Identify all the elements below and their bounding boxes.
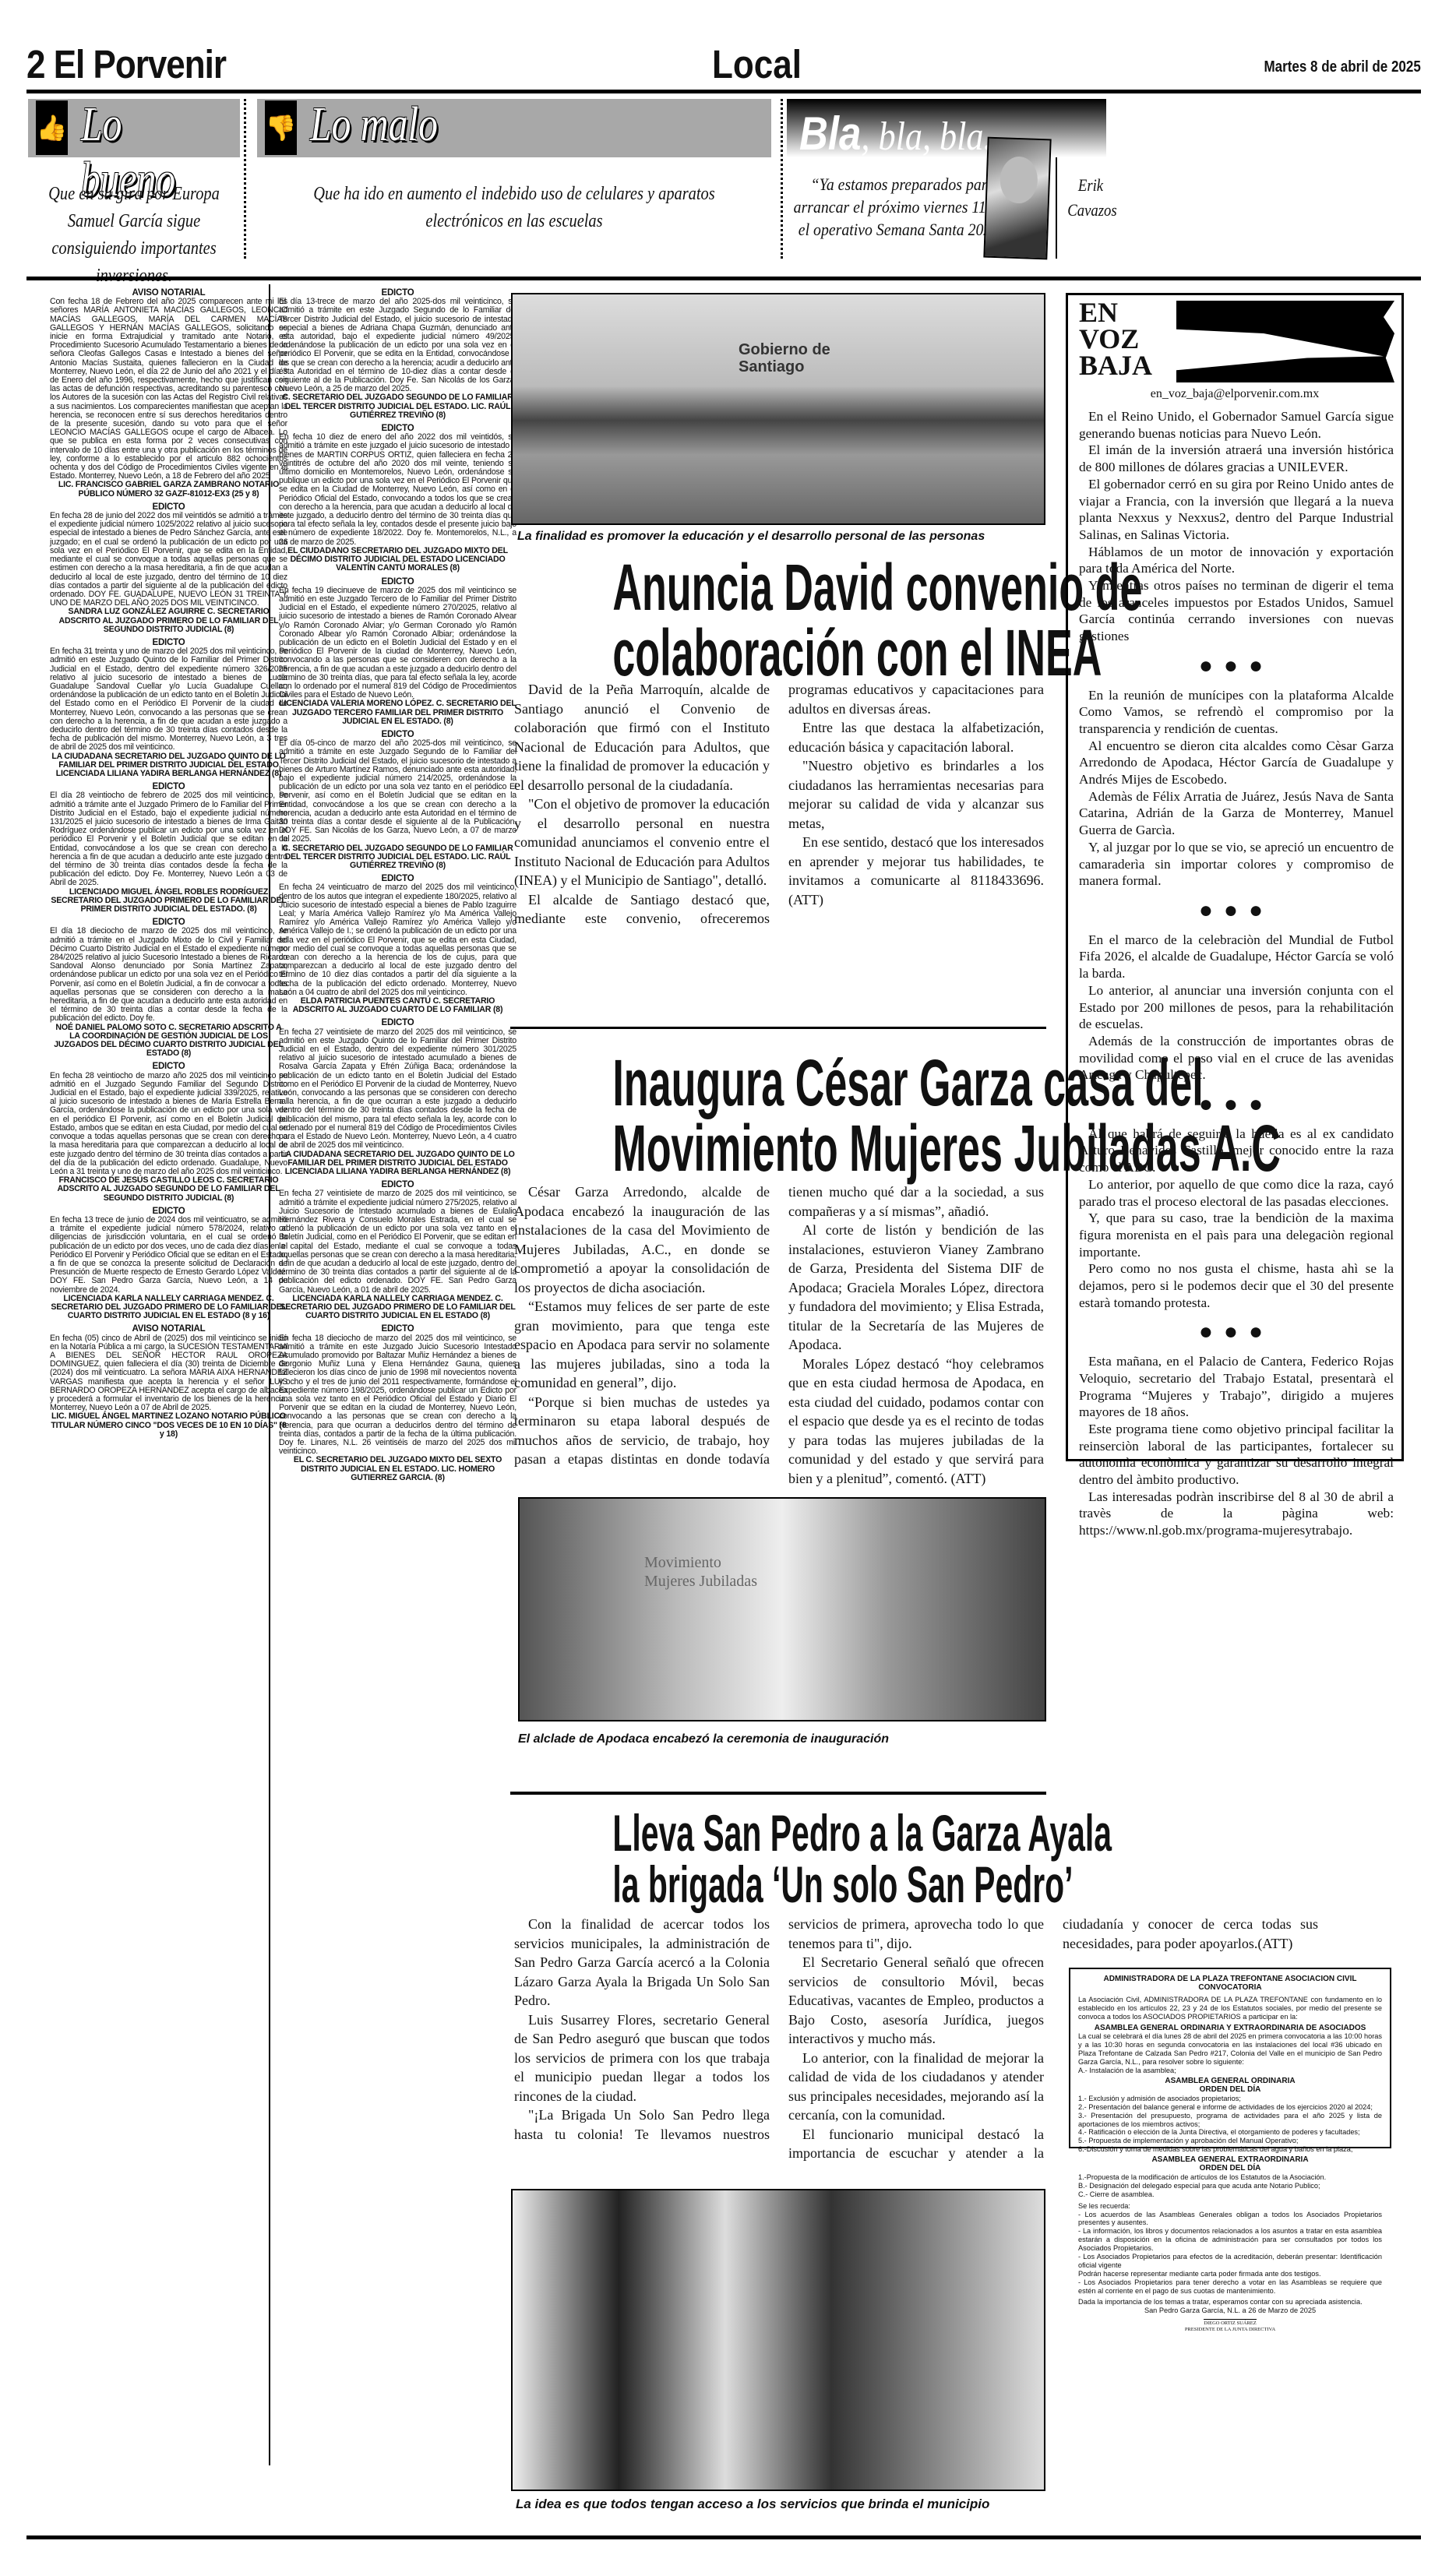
- story-paragraph: César Garza Arredondo, alcalde de Apodac…: [514, 1182, 770, 1297]
- apodaca-photo: Movimiento Mujeres Jubiladas: [518, 1497, 1046, 1721]
- en-voz-baja-logo: EN VOZ BAJA: [1079, 299, 1152, 379]
- headline-line-2: Movimiento Mujeres Jubiladas A.C: [612, 1115, 943, 1181]
- column-paragraph: Al que habrá de seguirle la huella es al…: [1079, 1126, 1394, 1176]
- legal-notice-body: En fecha 27 veintisiete de marzo de 2025…: [279, 1189, 516, 1294]
- lo-bueno-section: 👍 Lo bueno Que en su gira por Europa Sam…: [28, 99, 240, 259]
- column-paragraph: En el Reino Unido, el Gobernador Samuel …: [1079, 408, 1394, 442]
- headline-line-1: Lleva San Pedro a la Garza Ayala: [612, 1807, 943, 1859]
- closing: Dada la importancia de los temas a trata…: [1078, 2298, 1382, 2306]
- apodaca-headline: Inaugura César Garza casa del Movimiento…: [612, 1050, 943, 1181]
- headline-line-2: la brigada ‘Un solo San Pedro’: [612, 1859, 943, 1910]
- apodaca-body: César Garza Arredondo, alcalde de Apodac…: [514, 1182, 1044, 1494]
- reminder-item: - La información, los libros y documento…: [1078, 2227, 1382, 2253]
- headline-line-1: Anuncia David convenio de: [612, 555, 943, 620]
- trefontane-convocatoria-ad: ADMINISTRADORA DE LA PLAZA TREFONTANE AS…: [1069, 1968, 1391, 2148]
- story-paragraph: En ese sentido, destacó que los interesa…: [788, 833, 1044, 909]
- signer-role: PRESIDENTE DE LA JUNTA DIRECTIVA: [1078, 2327, 1382, 2333]
- bla-title-big: Bla: [799, 107, 861, 160]
- page-label: 2 El Porvenir: [26, 43, 226, 88]
- column-paragraph: Este programa tiene como objetivo princi…: [1079, 1421, 1394, 1489]
- bla-bla-section: Bla, bla, bla... “Ya estamos preparados …: [787, 99, 1106, 259]
- column-paragraph: Al encuentro se dieron cita alcaldes com…: [1079, 738, 1394, 788]
- thumbs-up-icon: 👍: [36, 100, 68, 155]
- inea-body: David de la Peña Marroquín, alcalde de S…: [514, 680, 1044, 937]
- legal-notice-signature: LA CIUDADANA SECRETARIO DEL JUZGADO QUIN…: [279, 1151, 516, 1177]
- column-divider: [269, 284, 270, 2465]
- reminder-item: - Los Asociados Propietarios para efecto…: [1078, 2253, 1382, 2270]
- lo-bueno-text: Que en su gira por Europa Samuel García …: [44, 181, 224, 290]
- inea-caption: La finalidad es promover la educación y …: [517, 530, 985, 544]
- ordinary-item: 6.-Discusión y toma de medidas sobre las…: [1078, 2145, 1382, 2154]
- lo-malo-banner: 👎 Lo malo: [257, 99, 771, 157]
- legal-notice-body: Con fecha 18 de Febrero del año 2025 com…: [50, 298, 287, 481]
- story-paragraph: El Secretario General señaló que ofrecen…: [788, 1953, 1044, 2049]
- ordinary-item: 1.- Exclusión y admisión de asociados pr…: [1078, 2095, 1382, 2103]
- dotted-divider: [781, 99, 783, 259]
- story-paragraph: Lo anterior, con la finalidad de mejorar…: [788, 2049, 1044, 2125]
- column-paragraph: Y, que para su caso, trae la bendiciòn d…: [1079, 1210, 1394, 1260]
- person-photo: [983, 137, 1051, 260]
- legal-notice-signature: LA CIUDADANA SECRETARIO DEL JUZGADO QUIN…: [50, 752, 287, 779]
- ad-subtitle: CONVOCATORIA: [1078, 1984, 1382, 1993]
- place-date: San Pedro Garza García, N.L. a 26 de Mar…: [1078, 2306, 1382, 2315]
- extraordinary-item: C.- Cierre de asamblea.: [1078, 2190, 1382, 2199]
- headline-line-2: colaboración con el INEA: [612, 620, 943, 685]
- masthead: 2 El Porvenir Local Martes 8 de abril de…: [26, 43, 1421, 91]
- legal-notice-signature: SANDRA LUZ GONZÁLEZ AGUIRRE C. SECRETARI…: [50, 608, 287, 634]
- reminders: - Los acuerdos de las Asambleas Generale…: [1078, 2211, 1382, 2296]
- column-paragraph: Pero como no nos gusta el chisme, hasta …: [1079, 1260, 1394, 1311]
- column-paragraph: Lo anterior, por aquello de que como dic…: [1079, 1176, 1394, 1210]
- masthead-rule: [26, 90, 1421, 93]
- lo-malo-text: Que ha ido en aumento el indebido uso de…: [296, 181, 733, 235]
- extraordinary-items: 1.-Propuesta de la modificación de artíc…: [1078, 2173, 1382, 2199]
- assembly-title: ASAMBLEA GENERAL ORDINARIA Y EXTRAORDINA…: [1078, 2025, 1382, 2033]
- separator-dots: ●●●: [1079, 1096, 1394, 1113]
- en-voz-baja-header: EN VOZ BAJA: [1079, 299, 1402, 383]
- bla-title: Bla, bla, bla...: [799, 107, 1010, 161]
- column-paragraph: Y mientras otros países no terminan de d…: [1079, 577, 1394, 645]
- ad-intro: La Asociación Civil, ADMINISTRADORA DE L…: [1078, 1996, 1382, 2021]
- inea-photo: Gobierno de Santiago: [511, 293, 1045, 525]
- section-rule: [26, 277, 1421, 280]
- story-paragraph: "Con el objetivo de promover la educació…: [514, 795, 770, 890]
- reminder-label: Se les recuerda:: [1078, 2202, 1382, 2211]
- quoted-person-name: ErikCavazos: [1067, 173, 1114, 223]
- thumbs-down-icon: 👎: [265, 100, 297, 155]
- story-paragraph: “Estamos muy felices de ser parte de est…: [514, 1297, 770, 1393]
- column-paragraph: Además de la construcción de importantes…: [1079, 1033, 1394, 1084]
- story-paragraph: "Nuestro objetivo es brindarles a los ci…: [788, 756, 1044, 833]
- reminder-item: - Los acuerdos de las Asambleas Generale…: [1078, 2211, 1382, 2228]
- legal-notice-signature: LICENCIADO MIGUEL ÁNGEL ROBLES RODRÍGUEZ…: [50, 888, 287, 914]
- story-paragraph: Morales López destacó “hoy celebramos qu…: [788, 1355, 1044, 1489]
- order-label: ORDEN DEL DÍA: [1078, 2165, 1382, 2173]
- column-paragraph: En el marco de la celebraciòn del Mundia…: [1079, 932, 1394, 982]
- legal-notice-body: En fecha 18 dieciocho de marzo del 2025 …: [279, 1334, 516, 1457]
- bla-quote: “Ya estamos preparados para arrancar el …: [791, 173, 1015, 241]
- logo-line: VOZ: [1079, 326, 1152, 352]
- item-a: A.- Instalación de la asamblea;: [1078, 2067, 1382, 2075]
- legal-notice-body: En fecha 27 veintisiete de marzo del 202…: [279, 1028, 516, 1151]
- grasshoppers-illustration: [1176, 301, 1394, 382]
- legal-notice-signature: LICENCIADA KARLA NALLELY CARRIAGA MENDEZ…: [279, 1295, 516, 1321]
- ordinary-item: 2.- Presentación del balance general e i…: [1078, 2103, 1382, 2112]
- ordinary-item: 4.- Ratificación o elección de la Junta …: [1078, 2128, 1382, 2137]
- column-paragraph: Las interesadas podràn inscribirse del 8…: [1079, 1489, 1394, 1539]
- photo-sign-text: Gobierno de Santiago: [739, 341, 840, 375]
- legal-notice-signature: EL C. SECRETARIO DEL JUZGADO MIXTO DEL S…: [279, 1456, 516, 1482]
- order-label: ORDEN DEL DÍA: [1078, 2086, 1382, 2095]
- ordinary-item: 5.- Propuesta de implementación y aproba…: [1078, 2137, 1382, 2145]
- story-paragraph: Al corte de listón y bendición de las in…: [788, 1221, 1044, 1355]
- story-paragraph: Con la finalidad de acercar todos los se…: [514, 1915, 770, 2010]
- en-voz-baja-body: En el Reino Unido, el Gobernador Samuel …: [1079, 408, 1394, 1539]
- separator-dots: ●●●: [1079, 902, 1394, 919]
- legal-notice-signature: C. SECRETARIO DEL JUZGADO SEGUNDO DE LO …: [279, 844, 516, 871]
- legal-notice-body: En fecha 28 de junio del 2022 dos mil ve…: [50, 512, 287, 608]
- logo-line: BAJA: [1079, 352, 1152, 379]
- ordinary-item: 3.- Presentación del presupuesto, progra…: [1078, 2112, 1382, 2129]
- section-title: Local: [712, 43, 802, 88]
- column-paragraph: Ademàs de Félix Arratia de Juárez, Jesús…: [1079, 788, 1394, 839]
- column-paragraph: El gobernador cerró en su gira por Reino…: [1079, 476, 1394, 544]
- divider: [1056, 157, 1057, 259]
- legal-notice-body: En fecha 24 veinticuatro de marzo del 20…: [279, 883, 516, 997]
- bottom-rule: [26, 2535, 1421, 2539]
- column-paragraph: En la reunión de munícipes con la plataf…: [1079, 687, 1394, 738]
- legal-notice-body: En fecha (05) cinco de Abril de (2025) d…: [50, 1334, 287, 1413]
- lo-malo-title: Lo malo: [310, 97, 438, 153]
- apodaca-caption: El alclade de Apodaca encabezó la ceremo…: [518, 1732, 889, 1746]
- legal-notice-body: El día 05-cinco de marzo del año 2025-do…: [279, 739, 516, 844]
- legal-notice-signature: LICENCIADA VALERIA MORENO LÓPEZ. C. SECR…: [279, 700, 516, 726]
- sanpedro-photo: [511, 2189, 1045, 2491]
- lo-malo-section: 👎 Lo malo Que ha ido en aumento el indeb…: [257, 99, 771, 259]
- legal-notice-body: En fecha 13 trece de junio de 2024 dos m…: [50, 1216, 287, 1295]
- name-last: Cavazos: [1067, 198, 1114, 223]
- legal-notice-title: EDICTO: [279, 1019, 516, 1027]
- legal-notice-signature: LICENCIADA KARLA NALLELY CARRIAGA MENDEZ…: [50, 1295, 287, 1321]
- reminder-item: - Los Asociados Propietarios para tener …: [1078, 2278, 1382, 2296]
- dotted-divider: [244, 99, 246, 259]
- column-paragraph: Lo anterior, al anunciar una inversión c…: [1079, 982, 1394, 1033]
- face-shape: [999, 156, 1038, 204]
- legal-notice-signature: NOÉ DANIEL PALOMO SOTO C. SECRETARIO ADS…: [50, 1024, 287, 1059]
- legal-notice-signature: C. SECRETARIO DEL JUZGADO SEGUNDO DE LO …: [279, 393, 516, 420]
- legal-notices-column-1: AVISO NOTARIALCon fecha 18 de Febrero de…: [50, 284, 287, 1439]
- lo-bueno-banner: 👍 Lo bueno: [28, 99, 240, 157]
- sanpedro-caption: La idea es que todos tengan acceso a los…: [516, 2497, 989, 2512]
- legal-notice-body: En fecha 28 veintiocho de marzo año 2025…: [50, 1072, 287, 1176]
- inea-headline: Anuncia David convenio de colaboración c…: [612, 555, 943, 685]
- legal-notice-body: El día 28 veintiocho de febrero de 2025 …: [50, 791, 287, 887]
- name-first: Erik: [1067, 173, 1114, 198]
- legal-notice-title: EDICTO: [279, 1325, 516, 1334]
- legal-notice-signature: ELDA PATRICIA PUENTES CANTÚ C. SECRETARI…: [279, 997, 516, 1014]
- extraordinary-item: B.- Designación del delegado especial pa…: [1078, 2182, 1382, 2190]
- story-paragraph: Entre las que destaca la alfabetización,…: [788, 718, 1044, 756]
- legal-notice-body: El día 13-trece de marzo del año 2025-do…: [279, 298, 516, 393]
- logo-line: EN: [1079, 299, 1152, 326]
- bla-banner: Bla, bla, bla...: [787, 99, 1106, 157]
- extraordinary-item: 1.-Propuesta de la modificación de artíc…: [1078, 2173, 1382, 2182]
- headline-line-1: Inaugura César Garza casa del: [612, 1050, 943, 1115]
- photo-sign-text: Movimiento Mujeres Jubiladas: [644, 1553, 761, 1591]
- legal-notice-body: En fecha 31 treinta y uno de marzo del 2…: [50, 647, 287, 752]
- story-rule: [510, 1792, 1046, 1795]
- issue-date: Martes 8 de abril de 2025: [1264, 58, 1421, 76]
- en-voz-baja-column: EN VOZ BAJA en_voz_baja@elporvenir.com.m…: [1066, 293, 1404, 1461]
- story-paragraph: Luis Susarrey Flores, secretario General…: [514, 2010, 770, 2106]
- column-paragraph: Esta mañana, en el Palacio de Cantera, F…: [1079, 1353, 1394, 1421]
- column-email: en_voz_baja@elporvenir.com.mx: [1068, 387, 1401, 401]
- legal-notice-body: El día 18 dieciocho de marzo de 2025 dos…: [50, 927, 287, 1023]
- legal-notice-signature: LIC. FRANCISCO GABRIEL GARZA ZAMBRANO NO…: [50, 481, 287, 498]
- column-paragraph: Háblamos de un motor de innovación y exp…: [1079, 544, 1394, 577]
- assembly-text: La cual se celebrará el día lunes 28 de …: [1078, 2032, 1382, 2067]
- sanpedro-body: Con la finalidad de acercar todos los se…: [514, 1915, 1044, 2180]
- column-paragraph: Y, al juzgar por lo que se vio, se aprec…: [1079, 839, 1394, 890]
- signature-block: DIEGO ORTIZ SUÁREZ PRESIDENTE DE LA JUNT…: [1078, 2319, 1382, 2333]
- legal-notice-title: EDICTO: [50, 1062, 287, 1071]
- reminder-item: Podrán hacerse representar mediante cart…: [1078, 2270, 1382, 2278]
- column-paragraph: El imán de la inversión atraerá una inve…: [1079, 442, 1394, 475]
- separator-dots: ●●●: [1079, 1323, 1394, 1341]
- story-paragraph: David de la Peña Marroquín, alcalde de S…: [514, 680, 770, 795]
- separator-dots: ●●●: [1079, 657, 1394, 675]
- story-rule: [510, 1027, 1046, 1029]
- legal-notice-body: En fecha 10 diez de enero del año 2022 d…: [279, 433, 516, 547]
- legal-notice-signature: FRANCISCO DE JESÚS CASTILLO LEOS C. SECR…: [50, 1176, 287, 1203]
- signer-name: DIEGO ORTIZ SUÁREZ: [1204, 2319, 1257, 2327]
- legal-notice-title: AVISO NOTARIAL: [50, 1325, 287, 1334]
- legal-notice-signature: LIC. MIGUEL ÁNGEL MARTINEZ LOZANO NOTARI…: [50, 1412, 287, 1439]
- sanpedro-headline: Lleva San Pedro a la Garza Ayala la brig…: [612, 1807, 943, 1910]
- legal-notice-body: En fecha 19 diecinueve de marzo de 2025 …: [279, 587, 516, 700]
- legal-notice-signature: EL CIUDADANO SECRETARIO DEL JUZGADO MIXT…: [279, 547, 516, 573]
- ordinary-items: 1.- Exclusión y admisión de asociados pr…: [1078, 2095, 1382, 2154]
- legal-notices-column-2: EDICTOEl día 13-trece de marzo del año 2…: [279, 284, 516, 1482]
